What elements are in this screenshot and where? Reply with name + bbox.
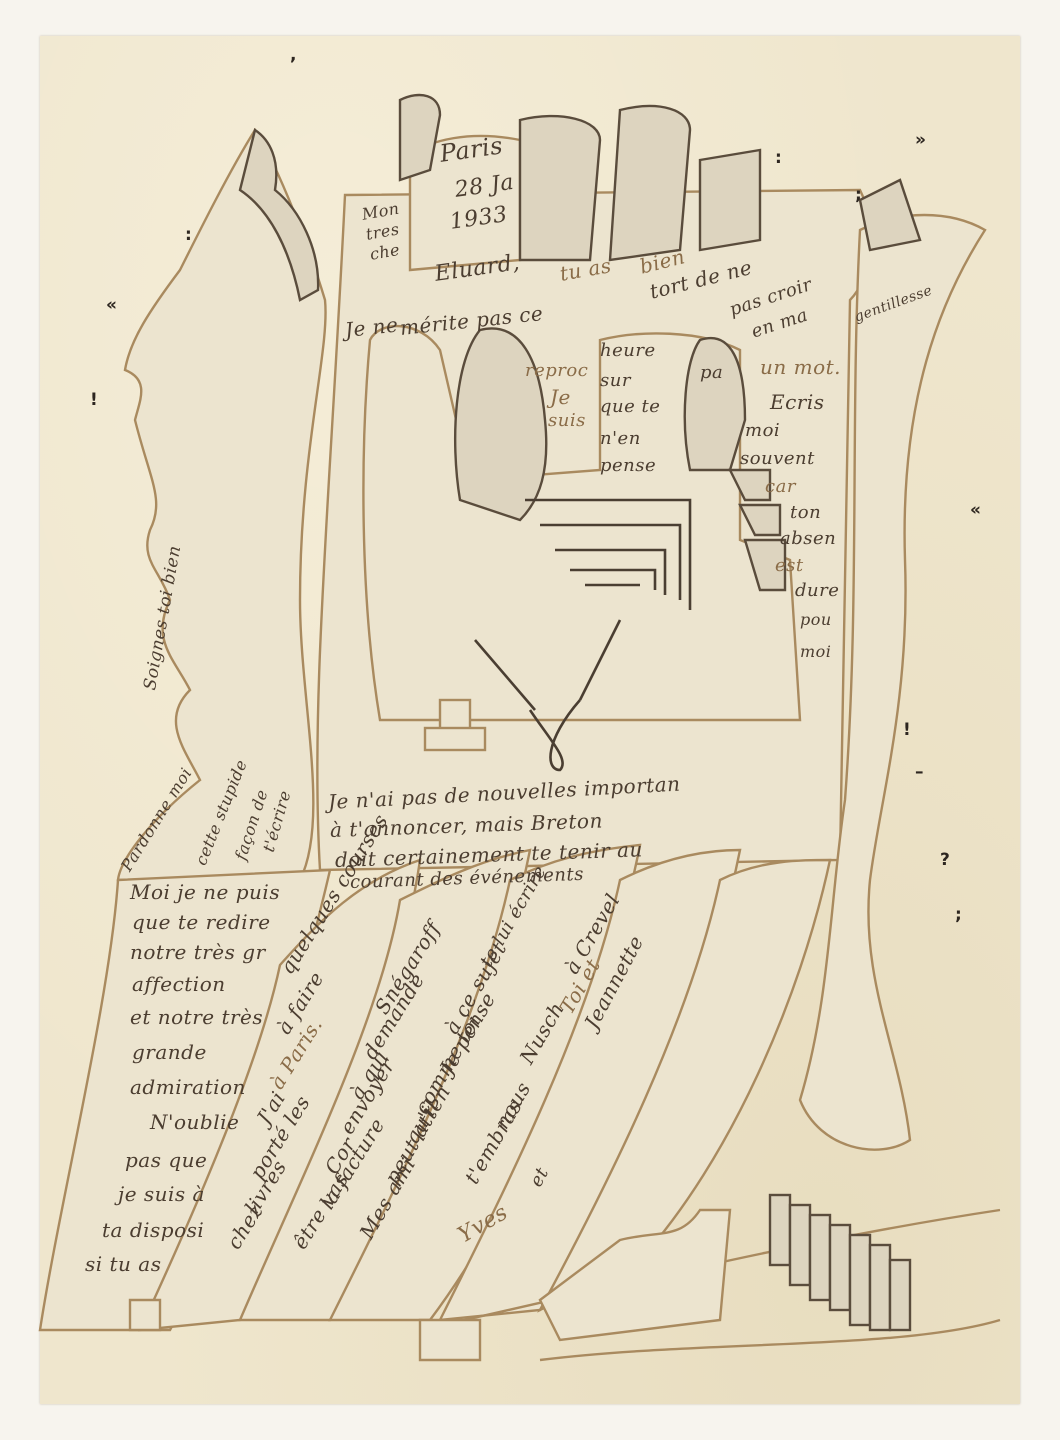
punct-right-quote-top: » [915,130,926,150]
punct-right-semi-2: ; [955,905,962,925]
right-word: ton [790,502,821,523]
line-heure: heure [600,340,656,361]
line-je: Je [550,385,571,409]
left-line: admiration [130,1075,246,1099]
left-line: que te redire [132,910,271,934]
punct-right-question: ? [940,850,950,870]
left-line: si tu as [85,1252,161,1276]
right-word: dure [795,580,839,601]
left-line: affection [132,972,226,996]
line-pa: pa [700,362,723,383]
punct-left-quote: « [106,295,117,315]
line-un-mot: un mot. [760,355,841,379]
punct-right-quote: « [970,500,981,520]
left-line: ta disposi [102,1218,204,1242]
punct-right-dash: – [915,762,924,782]
left-line: Moi je ne puis [130,880,280,904]
right-word: moi [745,420,780,441]
line-nen: n'en [600,428,641,449]
line-sur: sur [600,370,631,391]
punct-right-semi: ; [855,185,862,205]
punct-top-comma: , [290,45,296,65]
left-line: N'oublie [150,1110,239,1134]
right-word: pou [800,610,832,629]
right-word: souvent [740,448,815,469]
left-line: pas que [125,1148,207,1172]
right-word: Ecris [770,390,825,414]
right-word: moi [800,642,831,661]
left-line: et notre très [130,1005,263,1029]
right-word: absen [780,528,836,549]
left-line: grande [132,1040,207,1064]
line-pense: pense [600,455,656,476]
left-line: notre très gr [130,940,266,964]
punct-right-colon: : [775,148,782,168]
column-stack-icon [770,1195,910,1330]
line-suis: suis [548,410,586,431]
punct-colon: : [185,225,192,245]
punct-left-excl: ! [90,390,98,410]
punct-right-excl: ! [903,720,911,740]
line-reproc: reproc [525,360,588,381]
right-word: car [765,476,796,497]
line-que-te: que te [600,396,660,417]
right-word: est [775,555,804,576]
left-line: je suis à [118,1182,205,1206]
